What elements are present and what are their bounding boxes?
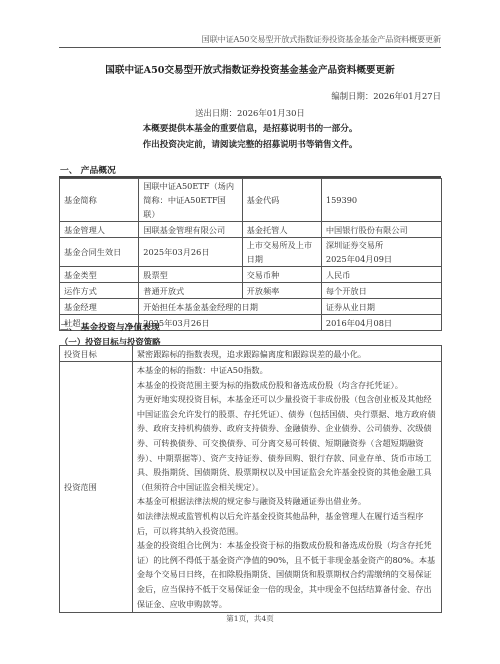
fund-manager-header-row: 基金经理 开始担任本基金基金经理的日期 证券从业日期 xyxy=(60,299,442,315)
table-cell: 深圳证券交易所 2025年04月09日 xyxy=(321,238,441,267)
table-row: 运作方式 普通开放式 开放频率 每个开放日 xyxy=(60,283,442,299)
table-cell: 上市交易所及上市日期 xyxy=(242,238,321,267)
table-cell: 股票型 xyxy=(139,267,242,283)
table-cell: 证券从业日期 xyxy=(321,299,441,315)
section-heading-investment: 二、 基金投资与净值表现 xyxy=(60,320,160,333)
table-cell: 国联中证A50ETF（场内简称：中证A50ETF国联） xyxy=(139,179,242,222)
scope-paragraph: 基金的投资组合比例为：本基金投资于标的指数成份股和备选成份股（均含存托凭证）的比… xyxy=(137,538,437,611)
table-cell: 人民币 xyxy=(321,267,441,283)
table-cell: 国联基金管理有限公司 xyxy=(139,222,242,238)
scope-paragraph: 本基金的投资范围主要为标的指数成份股和备选成份股（均含存托凭证）。 xyxy=(137,378,437,393)
page-number: 第1页，共4页 xyxy=(0,613,500,624)
table-cell: 基金类型 xyxy=(60,267,139,283)
table-cell: 中国银行股份有限公司 xyxy=(321,222,441,238)
investment-scope-cell: 本基金的标的指数：中证A50指数。 本基金的投资范围主要为标的指数成份股和备选成… xyxy=(132,362,441,613)
table-cell: 紧密跟踪标的指数表现，追求跟踪偏离度和跟踪误差的最小化。 xyxy=(132,346,441,362)
product-overview-table: 基金简称 国联中证A50ETF（场内简称：中证A50ETF国联） 基金代码 15… xyxy=(59,178,442,331)
table-cell: 基金管理人 xyxy=(60,222,139,238)
header-divider xyxy=(59,47,441,48)
scope-paragraph: 本基金可根据法律法规的规定参与融资及转融通证券出借业务。 xyxy=(137,494,437,509)
table-cell: 普通开放式 xyxy=(139,283,242,299)
table-cell: 开始担任本基金基金经理的日期 xyxy=(139,299,322,315)
document-title: 国联中证A50交易型开放式指数证券投资基金基金产品资料概要更新 xyxy=(0,62,500,76)
table-cell: 运作方式 xyxy=(60,283,139,299)
notice-line-2: 作出投资决定前，请阅读完整的招募说明书等销售文件。 xyxy=(0,138,500,150)
table-cell: 交易币种 xyxy=(242,267,321,283)
table-row: 投资范围 本基金的标的指数：中证A50指数。 本基金的投资范围主要为标的指数成份… xyxy=(60,362,442,613)
scope-paragraph: 本基金的标的指数：中证A50指数。 xyxy=(137,363,437,378)
scope-paragraph: 为更好地实现投资目标，本基金还可以少量投资于非成份股（包含创业板及其他经中国证监… xyxy=(137,392,437,494)
send-date: 送出日期：2026年01月30日 xyxy=(0,107,500,119)
table-row: 基金类型 股票型 交易币种 人民币 xyxy=(60,267,442,283)
notice-line-1: 本概要提供本基金的重要信息，是招募说明书的一部分。 xyxy=(0,122,500,134)
table-cell: 2025年03月26日 xyxy=(139,315,322,331)
table-cell: 基金合同生效日 xyxy=(60,238,139,267)
running-header: 国联中证A50交易型开放式指数证券投资基金基金产品资料概要更新 xyxy=(60,34,441,45)
table-cell: 2016年04月08日 xyxy=(321,315,441,331)
table-cell: 投资目标 xyxy=(60,346,133,362)
table-cell: 2025年03月26日 xyxy=(139,238,242,267)
table-cell: 基金代码 xyxy=(242,179,321,222)
investment-objective-table: 投资目标 紧密跟踪标的指数表现，追求跟踪偏离度和跟踪误差的最小化。 投资范围 本… xyxy=(59,345,442,613)
table-cell: 每个开放日 xyxy=(321,283,441,299)
table-cell: 投资范围 xyxy=(60,362,133,613)
table-row: 基金合同生效日 2025年03月26日 上市交易所及上市日期 深圳证券交易所 2… xyxy=(60,238,442,267)
table-cell: 基金经理 xyxy=(60,299,139,315)
table-cell: 开放频率 xyxy=(242,283,321,299)
table-row: 基金管理人 国联基金管理有限公司 基金托管人 中国银行股份有限公司 xyxy=(60,222,442,238)
scope-paragraph: 如法律法规或监管机构以后允许基金投资其他品种，基金管理人在履行适当程序后，可以将… xyxy=(137,509,437,538)
table-row: 投资目标 紧密跟踪标的指数表现，追求跟踪偏离度和跟踪误差的最小化。 xyxy=(60,346,442,362)
section-heading-product-overview: 一、 产品概况 xyxy=(60,163,116,176)
table-cell: 基金托管人 xyxy=(242,222,321,238)
table-row: 基金简称 国联中证A50ETF（场内简称：中证A50ETF国联） 基金代码 15… xyxy=(60,179,442,222)
table-cell: 159390 xyxy=(321,179,441,222)
table-cell: 基金简称 xyxy=(60,179,139,222)
compile-date: 编制日期：2026年01月27日 xyxy=(60,90,441,102)
